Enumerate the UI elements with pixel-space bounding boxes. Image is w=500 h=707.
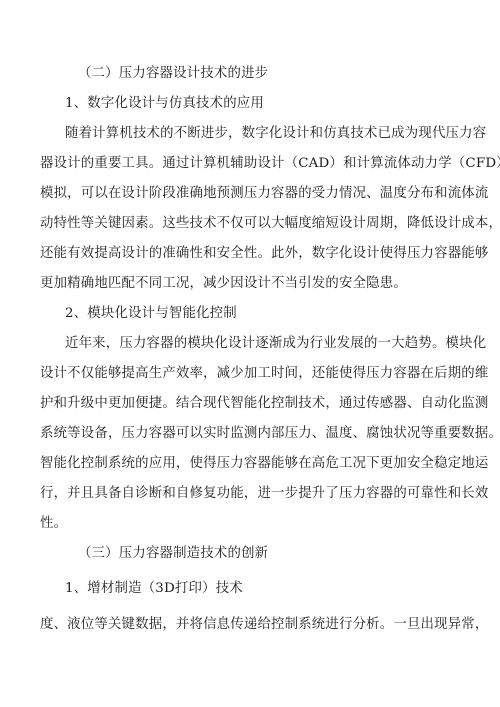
document-page: （二）压力容器设计技术的进步 1、数字化设计与仿真技术的应用 随着计算机技术的不… (0, 0, 500, 707)
subsection-heading: 1、数字化设计与仿真技术的应用 (65, 95, 485, 113)
subsection-heading: 1、增材制造（3D打印）技术 (65, 580, 485, 598)
paragraph-fragment-line: 度、液位等关键数据，并将信息传递给控制系统进行分析。一旦出现异常， (40, 616, 460, 634)
paragraph-line: 模拟，可以在设计阶段准确地预测压力容器的受力情况、温度分布和流体流 (40, 185, 460, 203)
paragraph-line: 随着计算机技术的不断进步，数字化设计和仿真技术已成为现代压力容 (65, 125, 485, 143)
paragraph-line: 性。 (40, 515, 460, 533)
section-heading: （二）压力容器设计技术的进步 (78, 65, 498, 83)
paragraph-line: 设计不仅能够提高生产效率，减少加工时间，还能使得压力容器在后期的维 (40, 365, 460, 383)
paragraph-line: 动特性等关键因素。这些技术不仅可以大幅度缩短设计周期，降低设计成本， (40, 215, 460, 233)
subsection-heading: 2、模块化设计与智能化控制 (65, 305, 485, 323)
paragraph-line: 还能有效提高设计的准确性和安全性。此外，数字化设计使得压力容器能够 (40, 245, 460, 263)
paragraph-line: 智能化控制系统的应用，使得压力容器能够在高危工况下更加安全稳定地运 (40, 455, 460, 473)
paragraph-line: 器设计的重要工具。通过计算机辅助设计（CAD）和计算流体动力学（CFD） (40, 155, 460, 173)
paragraph-line: 近年来，压力容器的模块化设计逐渐成为行业发展的一大趋势。模块化 (65, 335, 485, 353)
paragraph-line: 系统等设备，压力容器可以实时监测内部压力、温度、腐蚀状况等重要数据。 (40, 425, 460, 443)
paragraph-line: 行，并且具备自诊断和自修复功能，进一步提升了压力容器的可靠性和长效 (40, 485, 460, 503)
section-heading: （三）压力容器制造技术的创新 (78, 545, 498, 563)
paragraph-line: 更加精确地匹配不同工况，减少因设计不当引发的安全隐患。 (40, 275, 460, 293)
paragraph-line: 护和升级中更加便捷。结合现代智能化控制技术，通过传感器、自动化监测 (40, 395, 460, 413)
